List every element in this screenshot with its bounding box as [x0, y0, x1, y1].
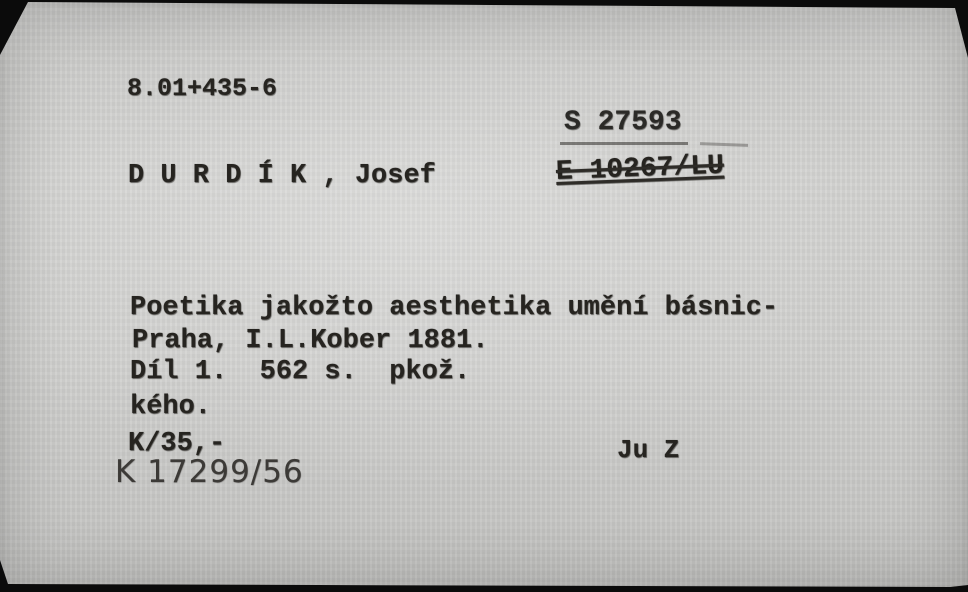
photo-background: 8.01+435-6 S 27593 E 10267/LU D U R D Í …	[0, 0, 968, 592]
title-line-1: Poetika jakožto aesthetika umění básnic-	[130, 292, 778, 325]
location-note: Ju Z	[617, 434, 679, 467]
imprint: Praha, I.L.Kober 1881.	[132, 326, 488, 357]
underline-mark	[700, 142, 748, 147]
shelfmark-current: S 27593	[560, 106, 688, 145]
shelfmark-cancelled: E 10267/LU	[555, 150, 724, 189]
collation: Díl 1. 562 s. pkož.	[130, 357, 470, 388]
title-line-2: kého.	[130, 391, 778, 424]
accession-number: K 17299/56	[115, 454, 304, 490]
classification-number: 8.01+435-6	[127, 72, 277, 105]
author-heading: D U R D Í K , Josef	[128, 160, 436, 193]
catalog-card: 8.01+435-6 S 27593 E 10267/LU D U R D Í …	[0, 0, 968, 592]
